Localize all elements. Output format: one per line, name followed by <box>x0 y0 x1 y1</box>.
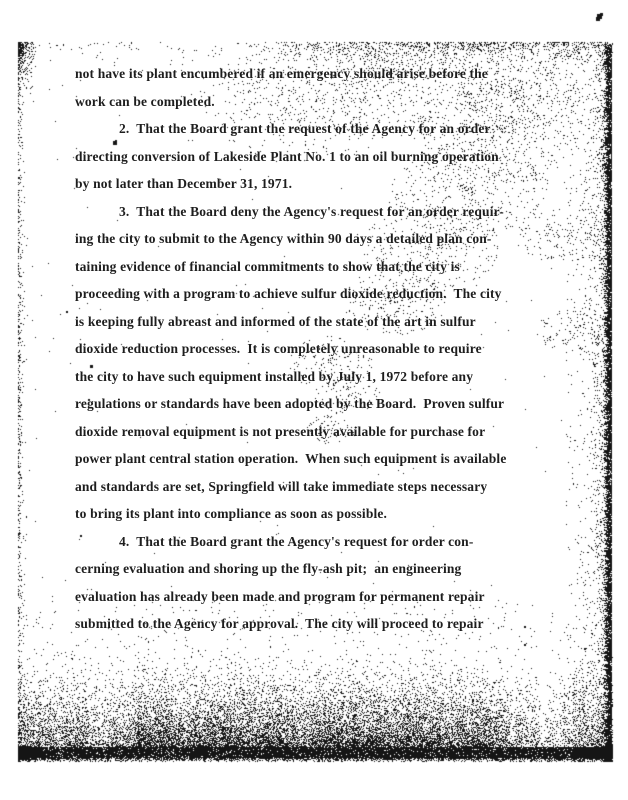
text-line: 2. That the Board grant the request of t… <box>75 115 585 143</box>
text-line: submitted to the Agency for approval. Th… <box>75 610 585 638</box>
text-line: directing conversion of Lakeside Plant N… <box>75 143 585 171</box>
text-line: ing the city to submit to the Agency wit… <box>75 225 585 253</box>
text-line: cerning evaluation and shoring up the fl… <box>75 555 585 583</box>
text-line: regulations or standards have been adopt… <box>75 390 585 418</box>
scanned-page: not have its plant encumbered if an emer… <box>0 0 628 800</box>
text-line: evaluation has already been made and pro… <box>75 583 585 611</box>
document-text: not have its plant encumbered if an emer… <box>75 60 585 638</box>
text-line: and standards are set, Springfield will … <box>75 473 585 501</box>
text-line: to bring its plant into compliance as so… <box>75 500 585 528</box>
text-line: not have its plant encumbered if an emer… <box>75 60 585 88</box>
text-line: by not later than December 31, 1971. <box>75 170 585 198</box>
text-line: power plant central station operation. W… <box>75 445 585 473</box>
text-line: dioxide removal equipment is not present… <box>75 418 585 446</box>
text-line: 3. That the Board deny the Agency's requ… <box>75 198 585 226</box>
text-line: taining evidence of financial commitment… <box>75 253 585 281</box>
text-line: proceeding with a program to achieve sul… <box>75 280 585 308</box>
text-line: 4. That the Board grant the Agency's req… <box>75 528 585 556</box>
text-line: the city to have such equipment installe… <box>75 363 585 391</box>
text-line: work can be completed. <box>75 88 585 116</box>
text-line: dioxide reduction processes. It is compl… <box>75 335 585 363</box>
text-line: is keeping fully abreast and informed of… <box>75 308 585 336</box>
